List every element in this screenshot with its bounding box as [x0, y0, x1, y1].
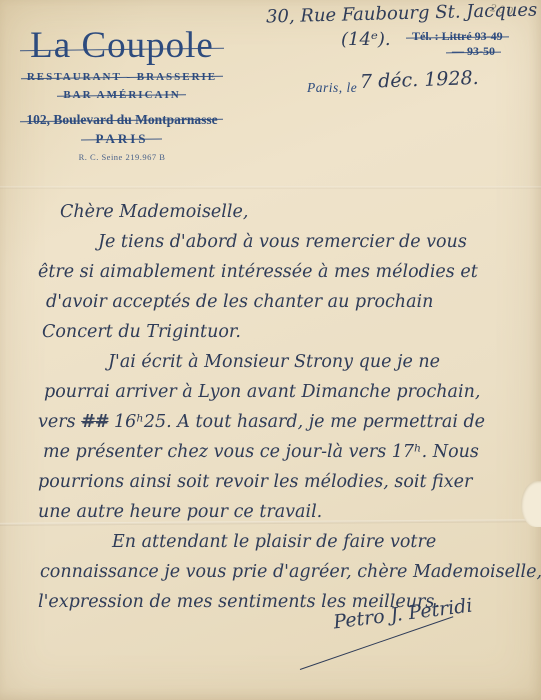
letterhead-registration: R. C. Seine 219.967 B	[14, 152, 230, 162]
crossed-out-text: ##	[81, 412, 108, 432]
letterhead: La Coupole RESTAURANT - BRASSERIE BAR AM…	[14, 26, 230, 162]
letter-line-with-correction: vers ## 16ʰ25. A tout hasard, je me perm…	[38, 407, 524, 437]
letterhead-city-row: PARIS	[14, 129, 230, 148]
sender-address-line1: 30, Rue Faubourg St. Jacques	[266, 0, 538, 28]
letterhead-address: 102, Boulevard du Montparnasse	[26, 112, 217, 128]
letter-line: me présenter chez vous ce jour-là vers 1…	[38, 437, 524, 467]
letter-line: être si aimablement intéressée à mes mél…	[38, 257, 524, 287]
letter-line: En attendant le plaisir de faire votre	[38, 527, 524, 557]
letterhead-subtitle2-row: BAR AMÉRICAIN	[14, 85, 230, 103]
letterhead-city: PARIS	[95, 131, 148, 147]
letterhead-title: La Coupole	[30, 26, 214, 66]
telephone-line2: — 93-50	[452, 44, 495, 59]
telephone-number-2: — 93-50	[452, 44, 495, 59]
telephone-number-1: Tél. : Littré 93-49	[412, 29, 503, 44]
letter-body: Chère Mademoiselle, Je tiens d'abord à v…	[38, 197, 524, 617]
letter-text: vers	[38, 412, 81, 432]
letterhead-subtitle1-row: RESTAURANT - BRASSERIE	[14, 66, 230, 85]
letter-line: une autre heure pour ce travail.	[38, 497, 524, 527]
letter-line: Je tiens d'abord à vous remercier de vou…	[38, 227, 524, 257]
date-handwritten: 7 déc. 1928.	[360, 67, 479, 93]
telephone-line1: Tél. : Littré 93-49	[412, 29, 503, 44]
letterhead-address-row: 102, Boulevard du Montparnasse	[14, 103, 230, 129]
letterhead-subtitle1: RESTAURANT - BRASSERIE	[27, 71, 217, 83]
letter-line: connaissance je vous prie d'agréer, chèr…	[38, 557, 524, 587]
salutation: Chère Mademoiselle,	[38, 197, 524, 227]
letter-line: d'avoir acceptés de les chanter au proch…	[38, 287, 524, 317]
letterhead-title-row: La Coupole	[14, 26, 230, 66]
letter-line: Concert du Trigintuor.	[38, 317, 524, 347]
letter-text: 16ʰ25. A tout hasard, je me permettrai d…	[108, 412, 485, 432]
paper-crease	[0, 186, 541, 189]
letter-page: 200 La Coupole RESTAURANT - BRASSERIE BA…	[0, 0, 541, 700]
sender-address-line2: (14ᵉ).	[341, 29, 391, 50]
letter-line: J'ai écrit à Monsieur Strony que je ne	[38, 347, 524, 377]
paper-chip	[521, 481, 541, 527]
letter-line: pourrai arriver à Lyon avant Dimanche pr…	[38, 377, 524, 407]
date-printed: Paris, le	[307, 80, 357, 96]
letter-line: pourrions ainsi soit revoir les mélodies…	[38, 467, 524, 497]
letterhead-subtitle2: BAR AMÉRICAIN	[63, 89, 180, 101]
